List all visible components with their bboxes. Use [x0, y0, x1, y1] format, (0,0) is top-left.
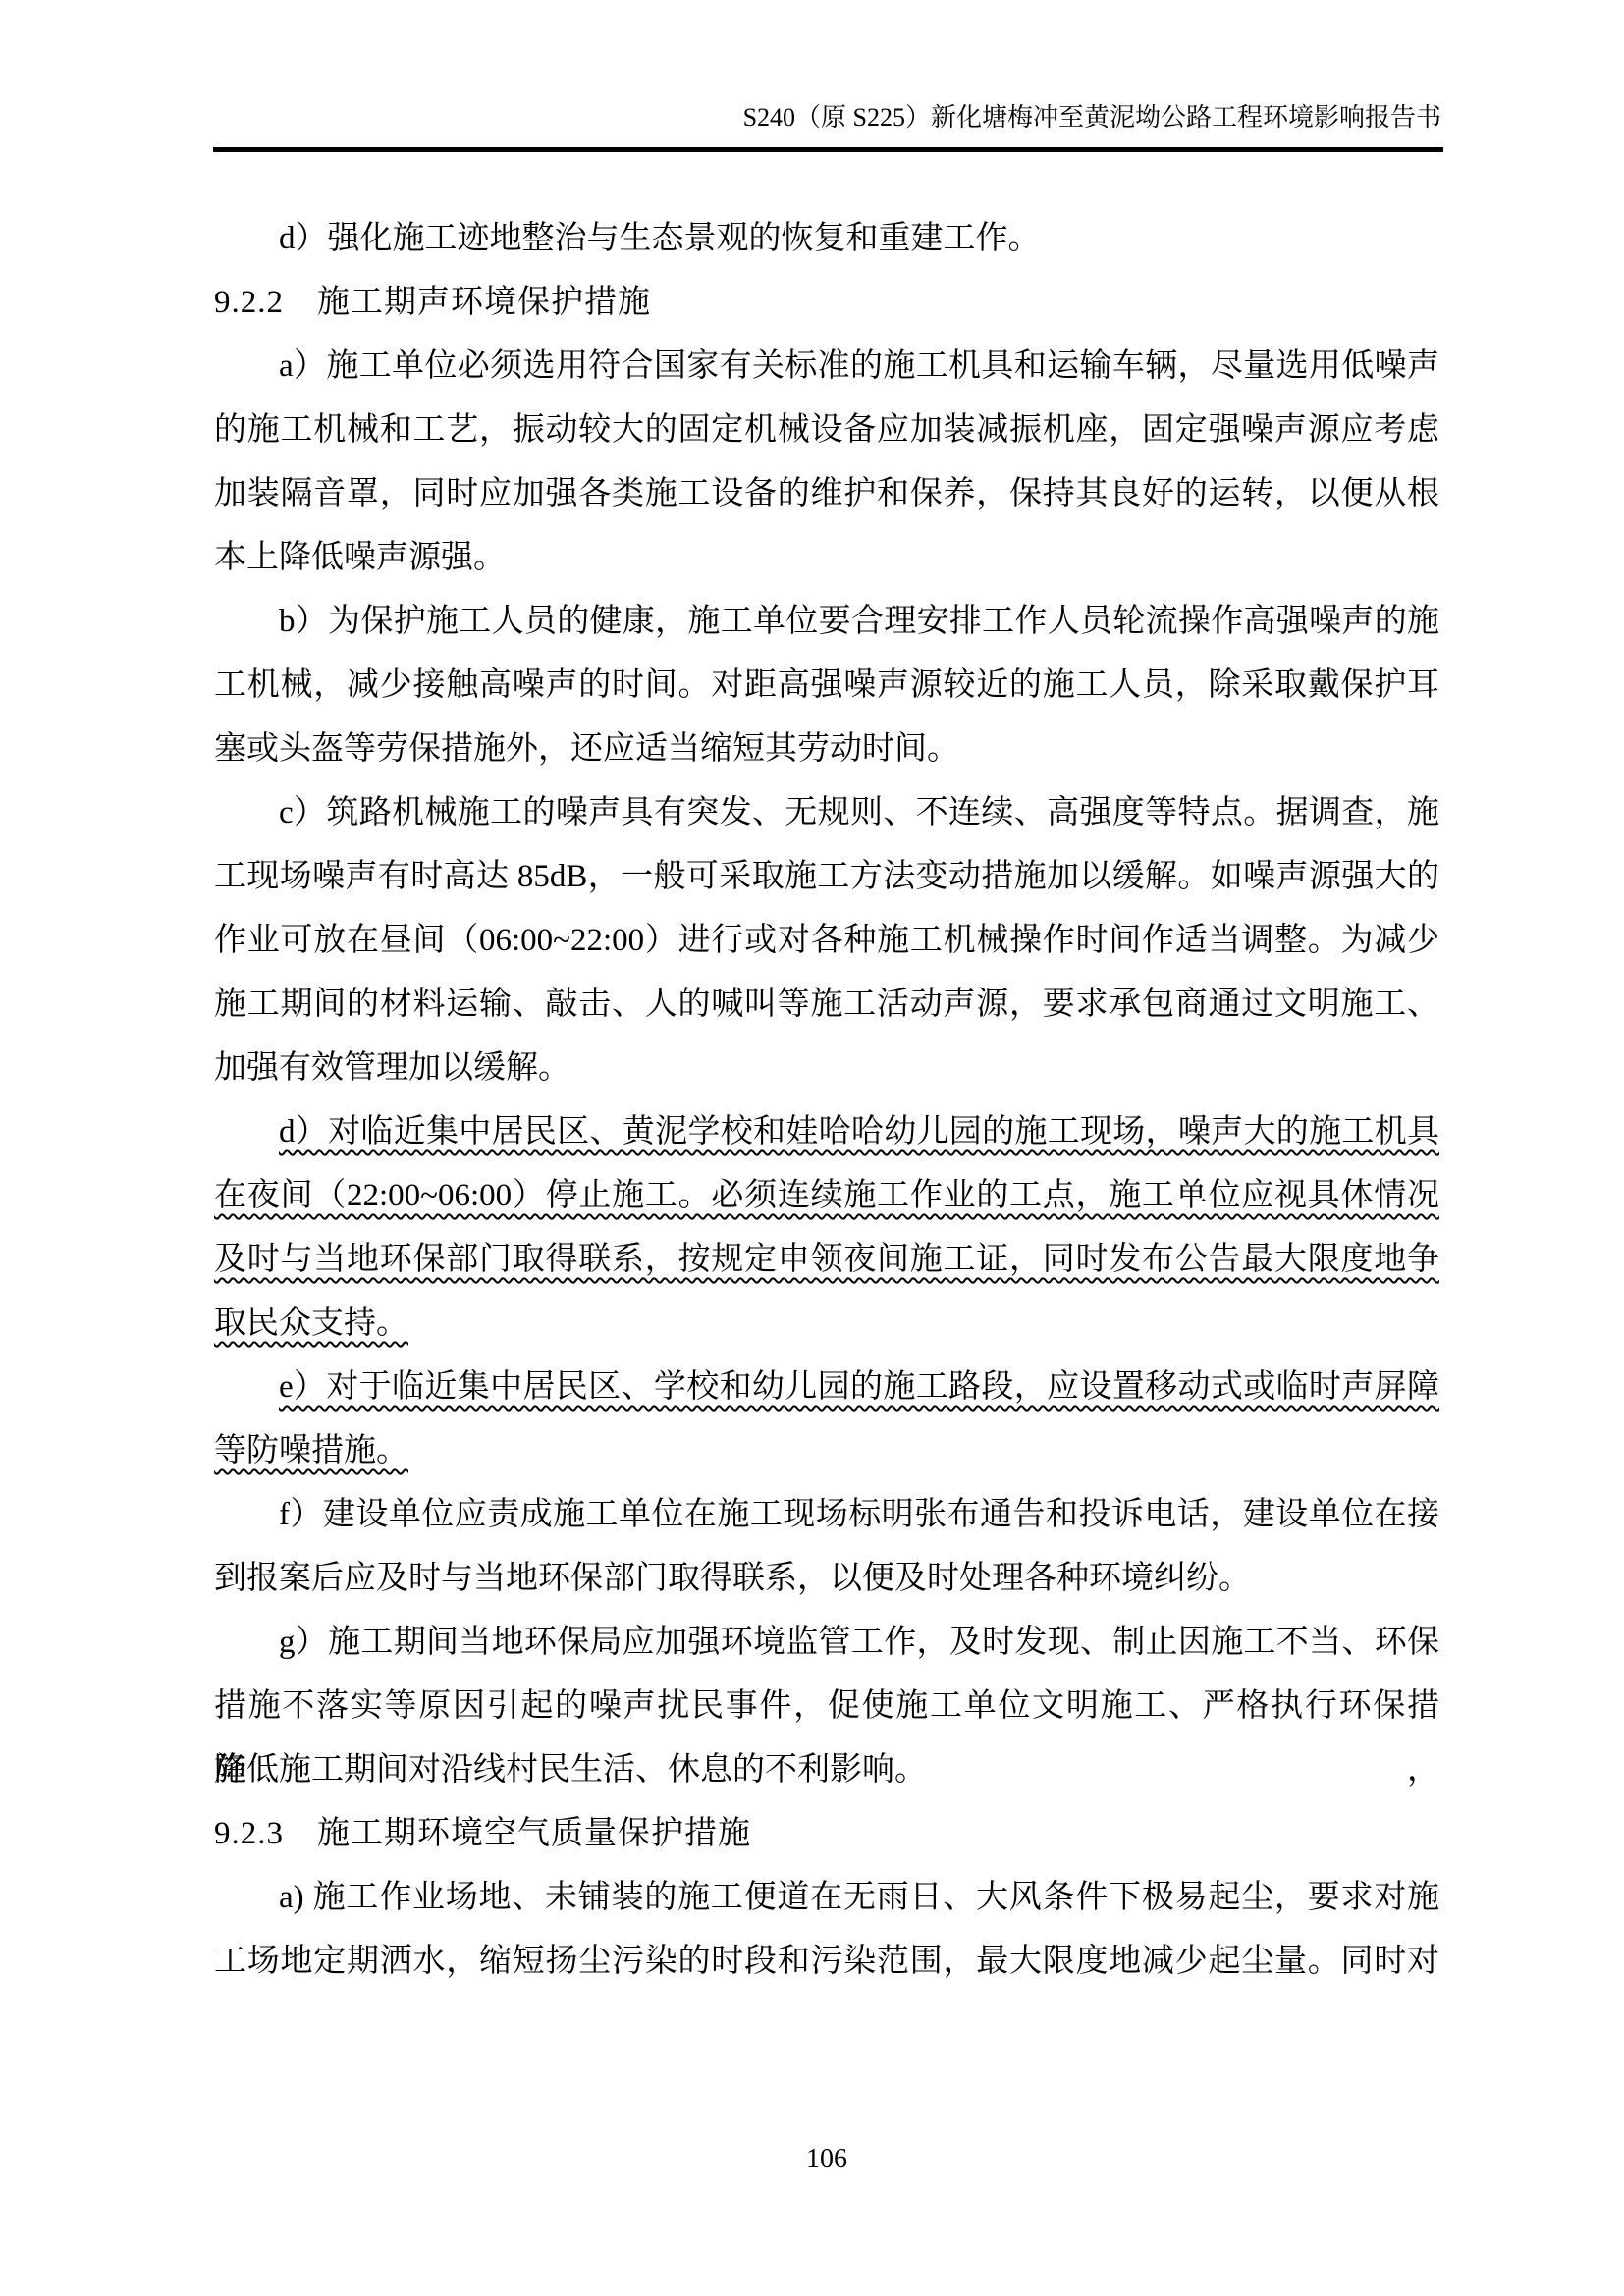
- paragraph-c-line: 施工期间的材料运输、敲击、人的喊叫等施工活动声源，要求承包商通过文明施工、: [214, 973, 1439, 1037]
- paragraph-f-line: f）建设单位应责成施工单位在施工现场标明张布通告和投诉电话，建设单位在接: [214, 1483, 1439, 1547]
- paragraph-c-line: 工现场噪声有时高达 85dB，一般可采取施工方法变动措施加以缓解。如噪声源强大的: [214, 845, 1439, 909]
- paragraph-d-underlined-line: 在夜间（22:00~06:00）停止施工。必须连续施工作业的工点，施工单位应视具…: [214, 1164, 1439, 1228]
- paragraph-e-underlined-line: e）对于临近集中居民区、学校和幼儿园的施工路段，应设置移动式或临时声屏障: [214, 1356, 1439, 1419]
- header-rule: [213, 147, 1443, 152]
- document-body: d）强化施工迹地整治与生态景观的恢复和重建工作。 9.2.2 施工期声环境保护措…: [214, 207, 1439, 1994]
- paragraph-d-underlined-line: d）对临近集中居民区、黄泥学校和娃哈哈幼儿园的施工现场，噪声大的施工机具: [214, 1100, 1439, 1164]
- page-number: 106: [214, 2140, 1439, 2179]
- list-item-d-prev-section: d）强化施工迹地整治与生态景观的恢复和重建工作。: [214, 207, 1439, 271]
- page-header-title: S240（原 S225）新化塘梅冲至黄泥坳公路工程环境影响报告书: [743, 98, 1441, 137]
- paragraph-a-line: 本上降低噪声源强。: [214, 526, 1439, 590]
- paragraph-f-line: 到报案后应及时与当地环保部门取得联系，以便及时处理各种环境纠纷。: [214, 1547, 1439, 1611]
- paragraph-c-line: 作业可放在昼间（06:00~22:00）进行或对各种施工机械操作时间作适当调整。…: [214, 909, 1439, 973]
- paragraph-d-underlined-line: 取民众支持。: [214, 1292, 1439, 1356]
- paragraph-a-line: a）施工单位必须选用符合国家有关标准的施工机具和运输车辆，尽量选用低噪声: [214, 335, 1439, 399]
- paragraph-b-line: 工机械，减少接触高噪声的时间。对距高强噪声源较近的施工人员，除采取戴保护耳: [214, 654, 1439, 718]
- paragraph-a2-line: a) 施工作业场地、未铺装的施工便道在无雨日、大风条件下极易起尘，要求对施: [214, 1866, 1439, 1930]
- paragraph-c-line: 加强有效管理加以缓解。: [214, 1037, 1439, 1100]
- paragraph-b-line: 塞或头盔等劳保措施外，还应适当缩短其劳动时间。: [214, 718, 1439, 781]
- paragraph-g-line: 措施不落实等原因引起的噪声扰民事件，促使施工单位文明施工、严格执行环保措施，: [214, 1675, 1439, 1738]
- paragraph-b-line: b）为保护施工人员的健康，施工单位要合理安排工作人员轮流操作高强噪声的施: [214, 590, 1439, 654]
- section-heading-9-2-2: 9.2.2 施工期声环境保护措施: [214, 271, 1439, 335]
- paragraph-d-underlined-line: 及时与当地环保部门取得联系，按规定申领夜间施工证，同时发布公告最大限度地争: [214, 1228, 1439, 1292]
- paragraph-a2-line: 工场地定期洒水，缩短扬尘污染的时段和污染范围，最大限度地减少起尘量。同时对: [214, 1930, 1439, 1994]
- paragraph-c-line: c）筑路机械施工的噪声具有突发、无规则、不连续、高强度等特点。据调查，施: [214, 781, 1439, 845]
- report-page: S240（原 S225）新化塘梅冲至黄泥坳公路工程环境影响报告书 d）强化施工迹…: [0, 0, 1624, 2296]
- paragraph-e-underlined-line: 等防噪措施。: [214, 1419, 1439, 1483]
- paragraph-g-line: g）施工期间当地环保局应加强环境监管工作，及时发现、制止因施工不当、环保: [214, 1611, 1439, 1675]
- paragraph-a-line: 加装隔音罩，同时应加强各类施工设备的维护和保养，保持其良好的运转，以便从根: [214, 462, 1439, 526]
- section-heading-9-2-3: 9.2.3 施工期环境空气质量保护措施: [214, 1802, 1439, 1866]
- paragraph-a-line: 的施工机械和工艺，振动较大的固定机械设备应加装减振机座，固定强噪声源应考虑: [214, 399, 1439, 462]
